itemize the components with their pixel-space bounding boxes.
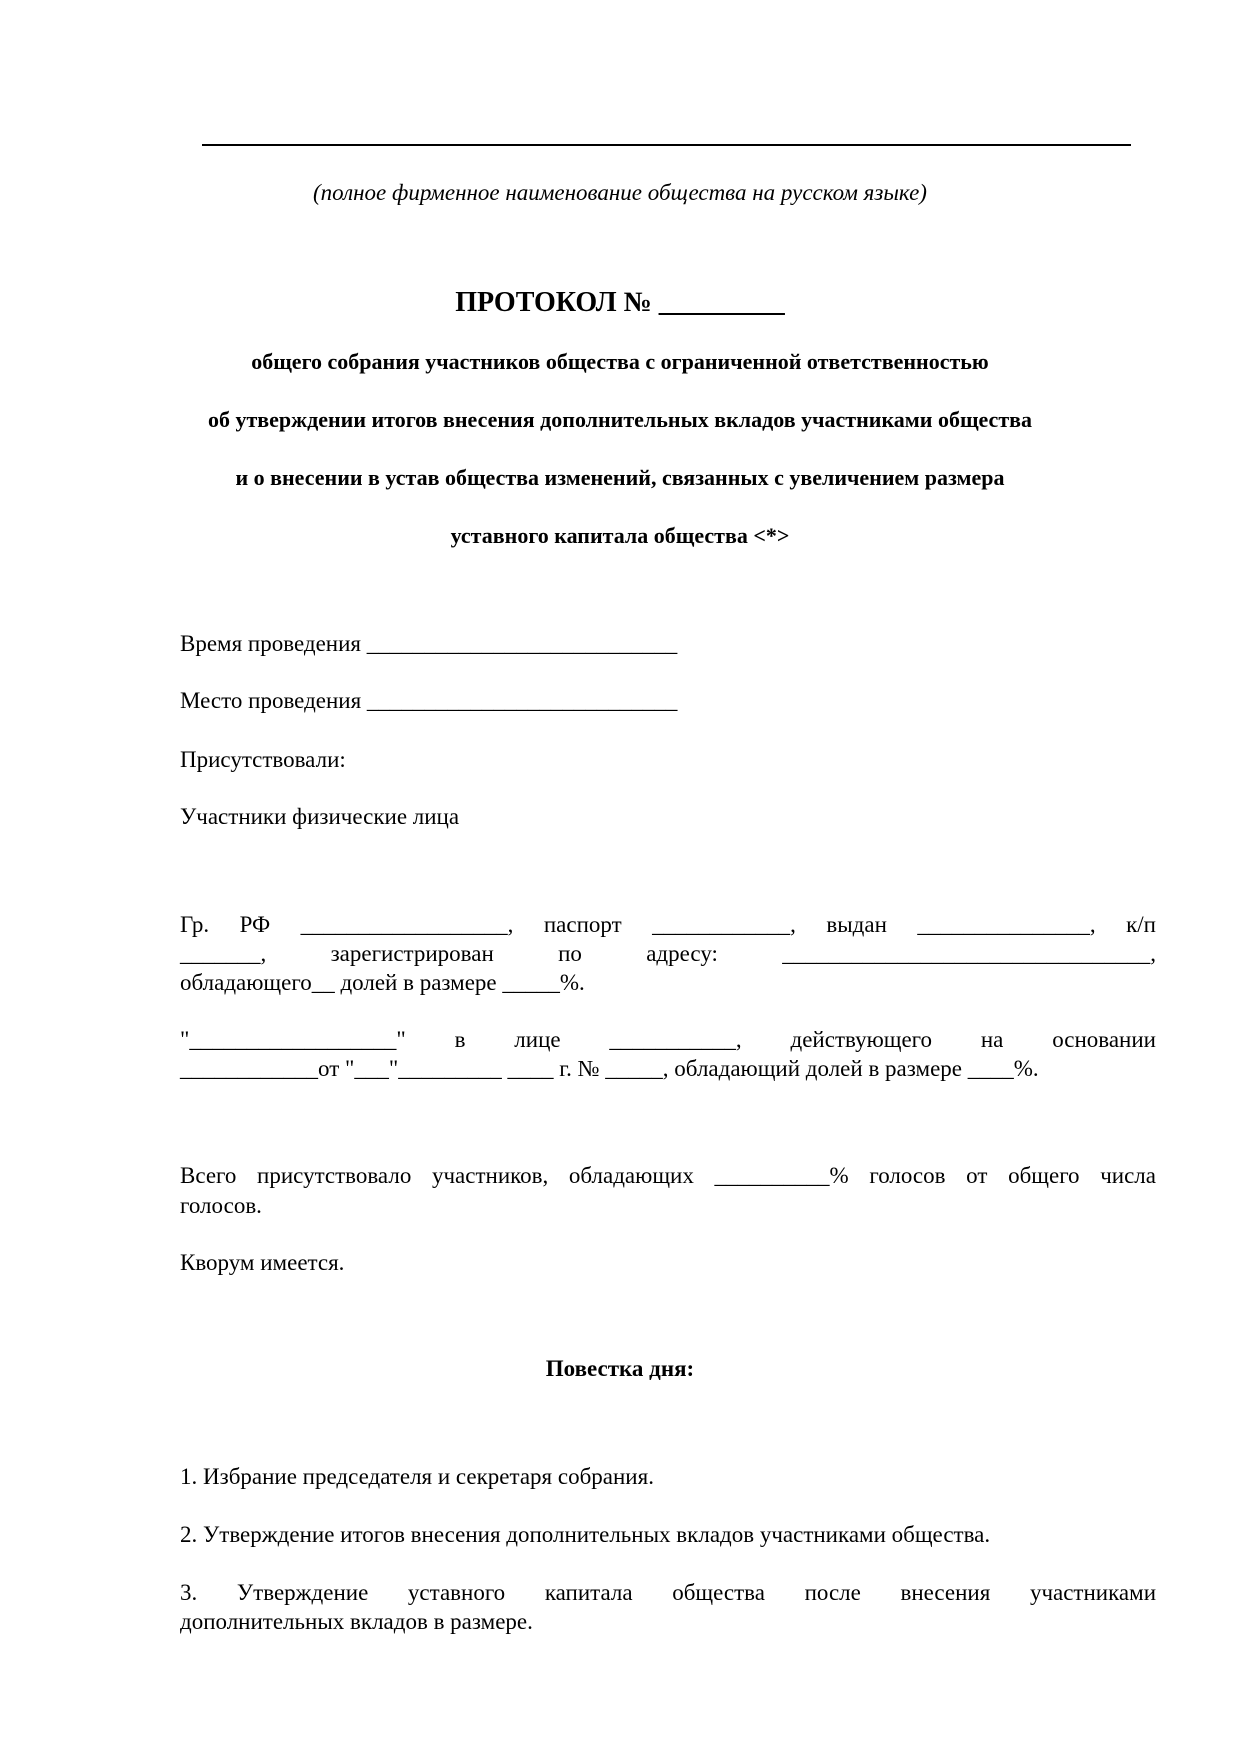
individual-participant-line-3: обладающего__ долей в размере _____%.: [180, 968, 1156, 998]
document-page: (полное фирменное наименование общества …: [0, 0, 1240, 1754]
protocol-subtitle-line-4: уставного капитала общества <*>: [120, 521, 1120, 551]
company-name-blank-line: [202, 144, 1131, 146]
individuals-label: Участники физические лица: [180, 802, 1156, 832]
agenda-item-2: 2. Утверждение итогов внесения дополните…: [180, 1520, 1156, 1550]
present-label: Присутствовали:: [180, 745, 1156, 775]
legal-participant-line-1: "__________________" в лице ___________,…: [180, 1025, 1156, 1055]
company-name-caption: (полное фирменное наименование общества …: [0, 178, 1240, 208]
protocol-subtitle-line-1: общего собрания участников общества с ог…: [120, 347, 1120, 377]
agenda-item-3-line-1: 3. Утверждение уставного капитала общест…: [180, 1578, 1156, 1608]
legal-participant-line-2: ____________от "___"_________ ____ г. № …: [180, 1054, 1156, 1084]
protocol-title: ПРОТОКОЛ № _________: [0, 285, 1240, 321]
individual-participant-line-1: Гр. РФ __________________, паспорт _____…: [180, 910, 1156, 940]
agenda-item-3-line-2: дополнительных вкладов в размере.: [180, 1607, 1156, 1637]
agenda-item-1: 1. Избрание председателя и секретаря соб…: [180, 1462, 1156, 1492]
quorum-text: Кворум имеется.: [180, 1248, 1156, 1278]
agenda-heading: Повестка дня:: [0, 1354, 1240, 1384]
total-present-line-1: Всего присутствовало участников, обладаю…: [180, 1161, 1156, 1191]
meeting-time-field: Время проведения _______________________…: [180, 629, 1156, 659]
total-present-line-2: голосов.: [180, 1191, 1156, 1221]
meeting-place-field: Место проведения _______________________…: [180, 686, 1156, 716]
protocol-subtitle-line-2: об утверждении итогов внесения дополните…: [120, 405, 1120, 435]
individual-participant-line-2: _______, зарегистрирован по адресу: ____…: [180, 939, 1156, 969]
protocol-subtitle-line-3: и о внесении в устав общества изменений,…: [120, 463, 1120, 493]
